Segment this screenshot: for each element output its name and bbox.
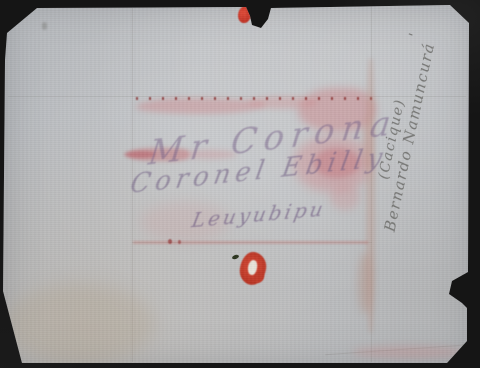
ink-transfer-dots-row bbox=[136, 97, 374, 100]
scan-bed: Mr Corona Coronel Ebilly Leuyubipu Berna… bbox=[0, 0, 480, 368]
address-line-3: Leuyubipu bbox=[190, 196, 328, 232]
envelope-paper: Mr Corona Coronel Ebilly Leuyubipu Berna… bbox=[0, 0, 480, 368]
fold-line-horizontal-bottom bbox=[132, 242, 372, 243]
water-stain-right-blob-tail bbox=[330, 184, 360, 210]
pencil-annotation-tick: ' bbox=[407, 31, 423, 40]
fold-stain-vertical-right-lower bbox=[358, 252, 372, 314]
dark-speck bbox=[232, 254, 240, 260]
crease-diagonal-bottom-right bbox=[325, 344, 475, 355]
wax-seal-remnant-center bbox=[240, 252, 266, 285]
pencil-tick-top-left bbox=[42, 22, 47, 30]
fold-line-vertical-right bbox=[371, 6, 372, 362]
water-stain-top-band-mid bbox=[248, 96, 318, 109]
wax-seal-remnant-top bbox=[238, 6, 251, 23]
water-stain-top-band-left bbox=[136, 98, 266, 114]
